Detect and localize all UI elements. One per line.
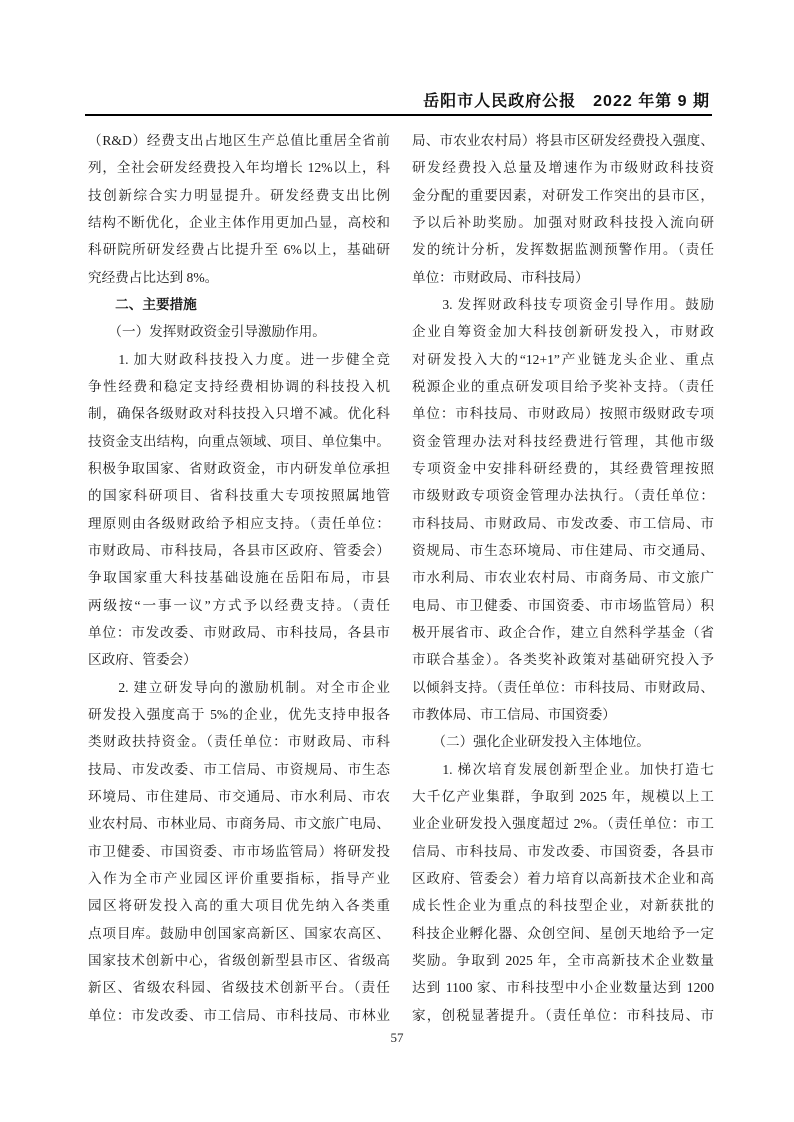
text-line: 区政府、管委会） [88,646,390,673]
text-line: 环境局、市住建局、市交通局、市水利局、市农 [88,783,390,810]
text-line: 1. 加大财政科技投入力度。进一步健全竞 [88,346,390,373]
text-line: 二、主要措施 [88,291,390,318]
text-line: 园区将研发投入高的重大项目优先纳入各类重 [88,892,390,919]
right-column: 局、市农业农村局）将县市区研发经费投入强度、研发经费投入总量及增速作为市级财政科… [412,127,714,1029]
text-line: 电局、市卫健委、市国资委、市市场监管局）积 [412,592,714,619]
text-line: 市科技局、市财政局、市发改委、市工信局、市 [412,510,714,537]
text-line: 信局、市科技局、市发改委、市国资委，各县市 [412,838,714,865]
text-line: 积极争取国家、省财政资金，市内研发单位承担 [88,455,390,482]
text-line: 以倾斜支持。（责任单位：市科技局、市财政局、 [412,674,714,701]
text-line: 奖励。争取到 2025 年，全市高新技术企业数量 [412,947,714,974]
text-line: 科研院所研发经费占比提升至 6%以上，基础研 [88,236,390,263]
text-line: （二）强化企业研发投入主体地位。 [412,728,714,755]
text-line: 企业自筹资金加大科技创新研发投入，市财政 [412,318,714,345]
text-line: 单位：市发改委、市工信局、市科技局、市林业 [88,1002,390,1029]
body-columns: （R&D）经费支出占地区生产总值比重居全省前列，全社会研发经费投入年均增长 12… [88,127,714,1029]
text-line: 达到 1100 家、市科技型中小企业数量达到 1200 [412,974,714,1001]
text-line: 单位：市发改委、市财政局、市科技局，各县市 [88,619,390,646]
text-line: 争取国家重大科技基础设施在岳阳布局，市县 [88,564,390,591]
text-line: 列，全社会研发经费投入年均增长 12%以上，科 [88,154,390,181]
text-line: 技局、市发改委、市工信局、市资规局、市生态 [88,756,390,783]
text-line: 市联合基金）。各类奖补政策对基础研究投入予 [412,646,714,673]
left-column: （R&D）经费支出占地区生产总值比重居全省前列，全社会研发经费投入年均增长 12… [88,127,390,1029]
text-line: 国家技术创新中心，省级创新型县市区、省级高 [88,947,390,974]
text-line: 点项目库。鼓励申创国家高新区、国家农高区、 [88,920,390,947]
text-line: 科技企业孵化器、众创空间、星创天地给予一定 [412,920,714,947]
text-line: 大千亿产业集群，争取到 2025 年，规模以上工 [412,783,714,810]
page-number: 57 [0,1030,794,1046]
gazette-page: 岳阳市人民政府公报 2022 年第 9 期 （R&D）经费支出占地区生产总值比重… [0,0,794,1122]
text-line: 市水利局、市农业农村局、市商务局、市文旅广 [412,564,714,591]
text-line: 予以后补助奖励。加强对财政科技投入流向研 [412,209,714,236]
text-line: 业农村局、市林业局、市商务局、市文旅广电局、 [88,810,390,837]
text-line: 业企业研发投入强度超过 2%。（责任单位：市工 [412,810,714,837]
text-line: 市财政局、市科技局，各县市区政府、管委会） [88,537,390,564]
text-line: 制，确保各级财政对科技投入只增不减。优化科 [88,400,390,427]
text-line: 金分配的重要因素，对研发工作突出的县市区， [412,182,714,209]
text-line: 理原则由各级财政给予相应支持。（责任单位： [88,510,390,537]
text-line: 局、市农业农村局）将县市区研发经费投入强度、 [412,127,714,154]
header-rule [85,114,712,116]
text-line: 类财政扶持资金。（责任单位：市财政局、市科 [88,728,390,755]
text-line: 税源企业的重点研发项目给予奖补支持。（责任 [412,373,714,400]
text-line: 发的统计分析，发挥数据监测预警作用。（责任 [412,236,714,263]
text-line: 1. 梯次培育发展创新型企业。加快打造七 [412,756,714,783]
text-line: 技创新综合实力明显提升。研发经费支出比例 [88,182,390,209]
text-line: （R&D）经费支出占地区生产总值比重居全省前 [88,127,390,154]
text-line: 结构不断优化，企业主体作用更加凸显，高校和 [88,209,390,236]
text-line: 资规局、市生态环境局、市住建局、市交通局、 [412,537,714,564]
text-line: 研发经费投入总量及增速作为市级财政科技资 [412,154,714,181]
gazette-header-title: 岳阳市人民政府公报 2022 年第 9 期 [423,88,710,111]
text-line: 3. 发挥财政科技专项资金引导作用。鼓励 [412,291,714,318]
text-line: 家，创税显著提升。（责任单位：市科技局、市 [412,1002,714,1029]
text-line: 技资金支出结构，向重点领域、项目、单位集中。 [88,428,390,455]
text-line: 入作为全市产业园区评价重要指标，指导产业 [88,865,390,892]
text-line: 单位：市科技局、市财政局）按照市级财政专项 [412,400,714,427]
text-line: 成长性企业为重点的科技型企业，对新获批的 [412,892,714,919]
text-line: 对研发投入大的“12+1”产业链龙头企业、重点 [412,346,714,373]
text-line: 单位：市财政局、市科技局） [412,264,714,291]
text-line: 新区、省级农科园、省级技术创新平台。（责任 [88,974,390,1001]
text-line: 市卫健委、市国资委、市市场监管局）将研发投 [88,838,390,865]
text-line: 区政府、管委会）着力培育以高新技术企业和高 [412,865,714,892]
text-line: （一）发挥财政资金引导激励作用。 [88,318,390,345]
text-line: 2. 建立研发导向的激励机制。对全市企业 [88,674,390,701]
text-line: 极开展省市、政企合作，建立自然科学基金（省 [412,619,714,646]
text-line: 争性经费和稳定支持经费相协调的科技投入机 [88,373,390,400]
text-line: 市级财政专项资金管理办法执行。（责任单位： [412,482,714,509]
text-line: 资金管理办法对科技经费进行管理，其他市级 [412,428,714,455]
text-line: 的国家科研项目、省科技重大专项按照属地管 [88,482,390,509]
text-line: 市教体局、市工信局、市国资委） [412,701,714,728]
text-line: 两级按“一事一议”方式予以经费支持。（责任 [88,592,390,619]
text-line: 专项资金中安排科研经费的，其经费管理按照 [412,455,714,482]
text-line: 研发投入强度高于 5%的企业，优先支持申报各 [88,701,390,728]
text-line: 究经费占比达到 8%。 [88,264,390,291]
